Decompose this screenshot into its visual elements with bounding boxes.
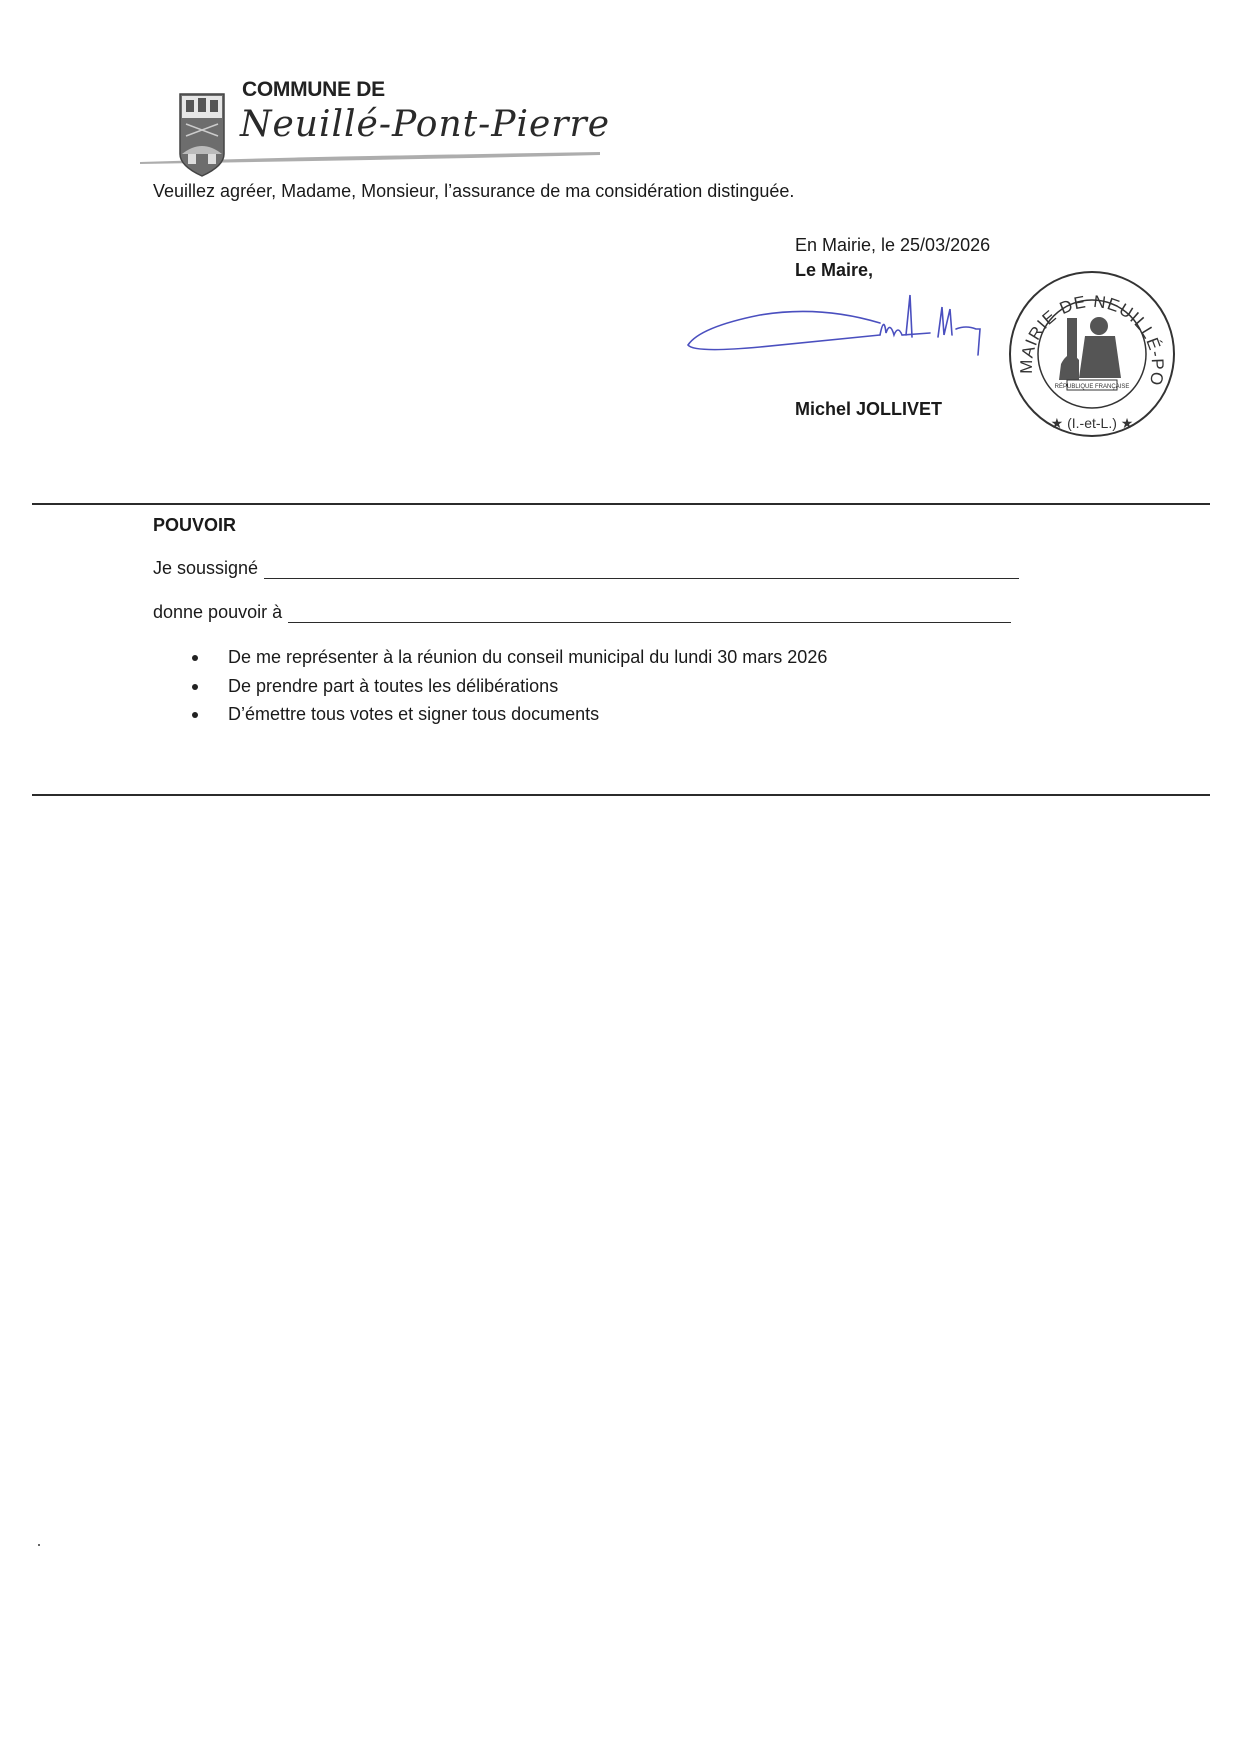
list-item: De prendre part à toutes les délibératio… bbox=[190, 672, 827, 701]
soussigne-blank-field[interactable] bbox=[264, 560, 1019, 579]
bullet-text: D’émettre tous votes et signer tous docu… bbox=[228, 704, 599, 724]
field-label-soussigne: Je soussigné bbox=[153, 557, 258, 579]
bullet-icon bbox=[192, 684, 198, 690]
official-seal-icon: MAIRIE DE NEUILLÉ-PONT-PIERRE RÉPUBLIQUE… bbox=[1003, 268, 1181, 440]
maire-name: Michel JOLLIVET bbox=[795, 398, 942, 420]
pouvoir-title: POUVOIR bbox=[153, 515, 236, 536]
svg-text:★ (I.-et-L.) ★: ★ (I.-et-L.) ★ bbox=[1051, 415, 1134, 431]
svg-text:RÉPUBLIQUE FRANÇAISE: RÉPUBLIQUE FRANÇAISE bbox=[1055, 383, 1130, 390]
bullet-text: De prendre part à toutes les délibératio… bbox=[228, 676, 558, 696]
bullet-text: De me représenter à la réunion du consei… bbox=[228, 647, 827, 667]
section-divider-top bbox=[32, 503, 1210, 505]
closing-sentence: Veuillez agréer, Madame, Monsieur, l’ass… bbox=[153, 180, 794, 202]
field-row-soussigne: Je soussigné bbox=[153, 557, 1019, 579]
date-line: En Mairie, le 25/03/2026 bbox=[795, 234, 990, 256]
commune-label: COMMUNE DE bbox=[242, 78, 385, 102]
pouvoir-bullet-list: De me représenter à la réunion du consei… bbox=[190, 643, 827, 729]
list-item: De me représenter à la réunion du consei… bbox=[190, 643, 827, 672]
handwritten-signature-icon bbox=[680, 285, 1000, 365]
maire-title: Le Maire, bbox=[795, 259, 873, 281]
section-divider-bottom bbox=[32, 794, 1210, 796]
donne-pouvoir-blank-field[interactable] bbox=[288, 604, 1011, 623]
coat-of-arms-icon bbox=[178, 92, 226, 178]
bullet-icon bbox=[192, 655, 198, 661]
commune-name: Neuillé-Pont-Pierre bbox=[240, 104, 610, 145]
scan-artifact bbox=[38, 1544, 40, 1546]
list-item: D’émettre tous votes et signer tous docu… bbox=[190, 700, 827, 729]
field-label-donne-pouvoir: donne pouvoir à bbox=[153, 601, 282, 623]
bullet-icon bbox=[192, 712, 198, 718]
field-row-donne-pouvoir: donne pouvoir à bbox=[153, 601, 1011, 623]
